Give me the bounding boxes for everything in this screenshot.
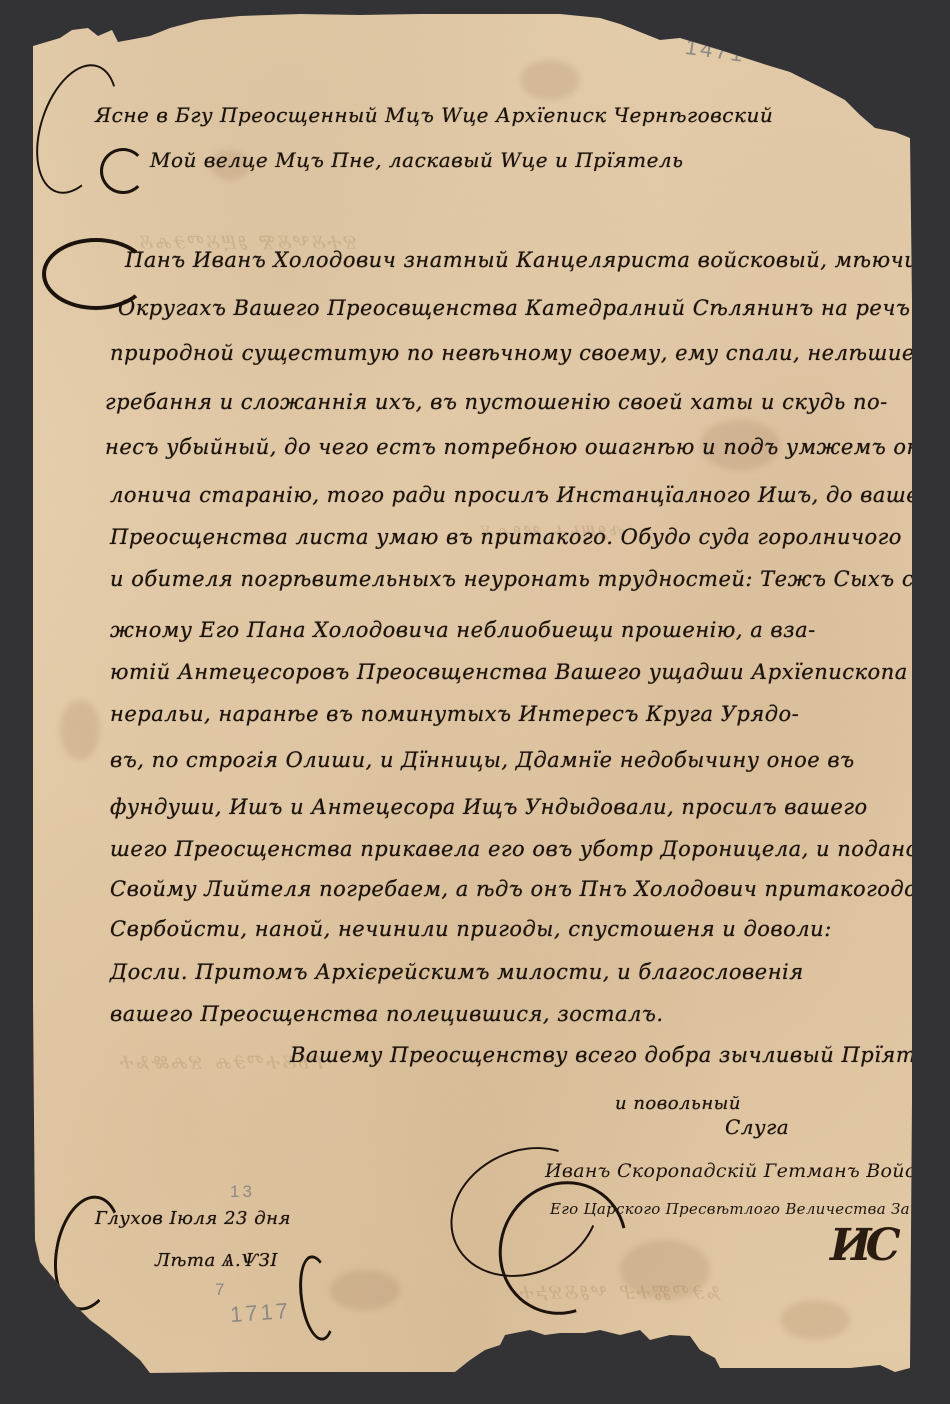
pencil-mark: 7 — [215, 1280, 227, 1300]
closing-line-3: Слуга — [725, 1115, 789, 1139]
body-line-2: Округахъ Вашего Преосвщенства Катедрални… — [118, 296, 950, 320]
signature-line-1: Иванъ Скоропадскій Гетманъ Войска — [545, 1160, 939, 1182]
body-line-14: шего Преосщенства прикавела его овъ убот… — [110, 837, 919, 861]
body-line-13: фундуши, Ишъ и Антецесора Ищъ Ундыдовали… — [110, 795, 868, 819]
body-line-8: и обителя погрѣвительныхъ неуронать труд… — [110, 567, 948, 591]
body-line-18: вашего Преосщенства полецившися, зосталъ… — [110, 1002, 664, 1026]
body-line-16: Сврбойсти, наной, нечинили пригоды, спус… — [110, 917, 832, 941]
body-line-15: Свойму Лийтеля погребаем, а ѣдъ онъ Пнъ … — [110, 877, 917, 901]
pencil-year: 1717 — [229, 1298, 292, 1328]
body-line-1: Панъ Иванъ Холодович знатный Канцелярист… — [125, 248, 950, 272]
body-line-11: неральи, наранѣе въ поминутыхъ Интересъ … — [110, 702, 799, 726]
pencil-day-number: 13 — [230, 1182, 255, 1202]
closing-line-1: Вашему Преосщенству всего добра зычливый… — [290, 1043, 950, 1067]
body-line-3: природной сущеститую по невѣчному своему… — [110, 341, 950, 365]
document-viewer: ⱄⰰⰻⰲⰻⰺ ⱁⰱⰻⱅⰵⰾⰻ ⰴⱁⰱⱃⰰ ⰲⱁⰾⰻ ⱂⱃⰻⰰⱅⰵⰾ ⱄⰾⱆⰳⰰ … — [0, 0, 950, 1404]
stain — [330, 1270, 400, 1310]
body-line-4: гребання и сложаннія ихъ, въ пустошенію … — [105, 390, 888, 414]
stain — [60, 700, 100, 760]
body-line-5: несъ убыйный, до чего естъ потребною оша… — [105, 435, 950, 459]
initial-flourish — [100, 148, 146, 194]
dateline-flourish — [294, 1253, 340, 1343]
body-line-10: ютій Антецесоровъ Преосвщенства Вашего у… — [110, 660, 950, 684]
signature-line-2: Его Царского Пресвѣтлого Величества Запо… — [550, 1200, 950, 1218]
stain — [780, 1300, 850, 1340]
address-line-1: Ясне в Бгу Преосщенный Мцъ Wце Архїеписк… — [95, 103, 773, 127]
body-line-6: лонича старанію, того ради просилъ Инста… — [110, 483, 943, 507]
dateline-place: Глухов Іюля 23 дня — [95, 1208, 291, 1229]
stain — [520, 60, 580, 100]
body-line-17: Досли. Притомъ Архієрейскимъ милости, и … — [110, 960, 804, 984]
closing-line-2: и повольный — [615, 1093, 741, 1114]
dateline-year: Лѣта Ѧ.ѰЗІ — [155, 1250, 278, 1271]
archive-pencil-mark: 1471 — [683, 34, 747, 68]
manuscript-page: ⱄⰰⰻⰲⰻⰺ ⱁⰱⰻⱅⰵⰾⰻ ⰴⱁⰱⱃⰰ ⰲⱁⰾⰻ ⱂⱃⰻⰰⱅⰵⰾ ⱄⰾⱆⰳⰰ … — [0, 0, 950, 1404]
signature-monogram: ИС — [830, 1220, 895, 1271]
address-line-2: Мой велце Мцъ Пне, ласкавый Wце и Прїяте… — [150, 148, 684, 172]
body-line-7: Преосщенства листа умаю въ притакого. Об… — [110, 525, 902, 549]
body-line-9: жному Его Пана Холодовича неблиобиещи пр… — [110, 618, 816, 642]
body-line-12: въ, по строгія Олиши, и Дїнницы, Ддамнїе… — [110, 748, 855, 772]
